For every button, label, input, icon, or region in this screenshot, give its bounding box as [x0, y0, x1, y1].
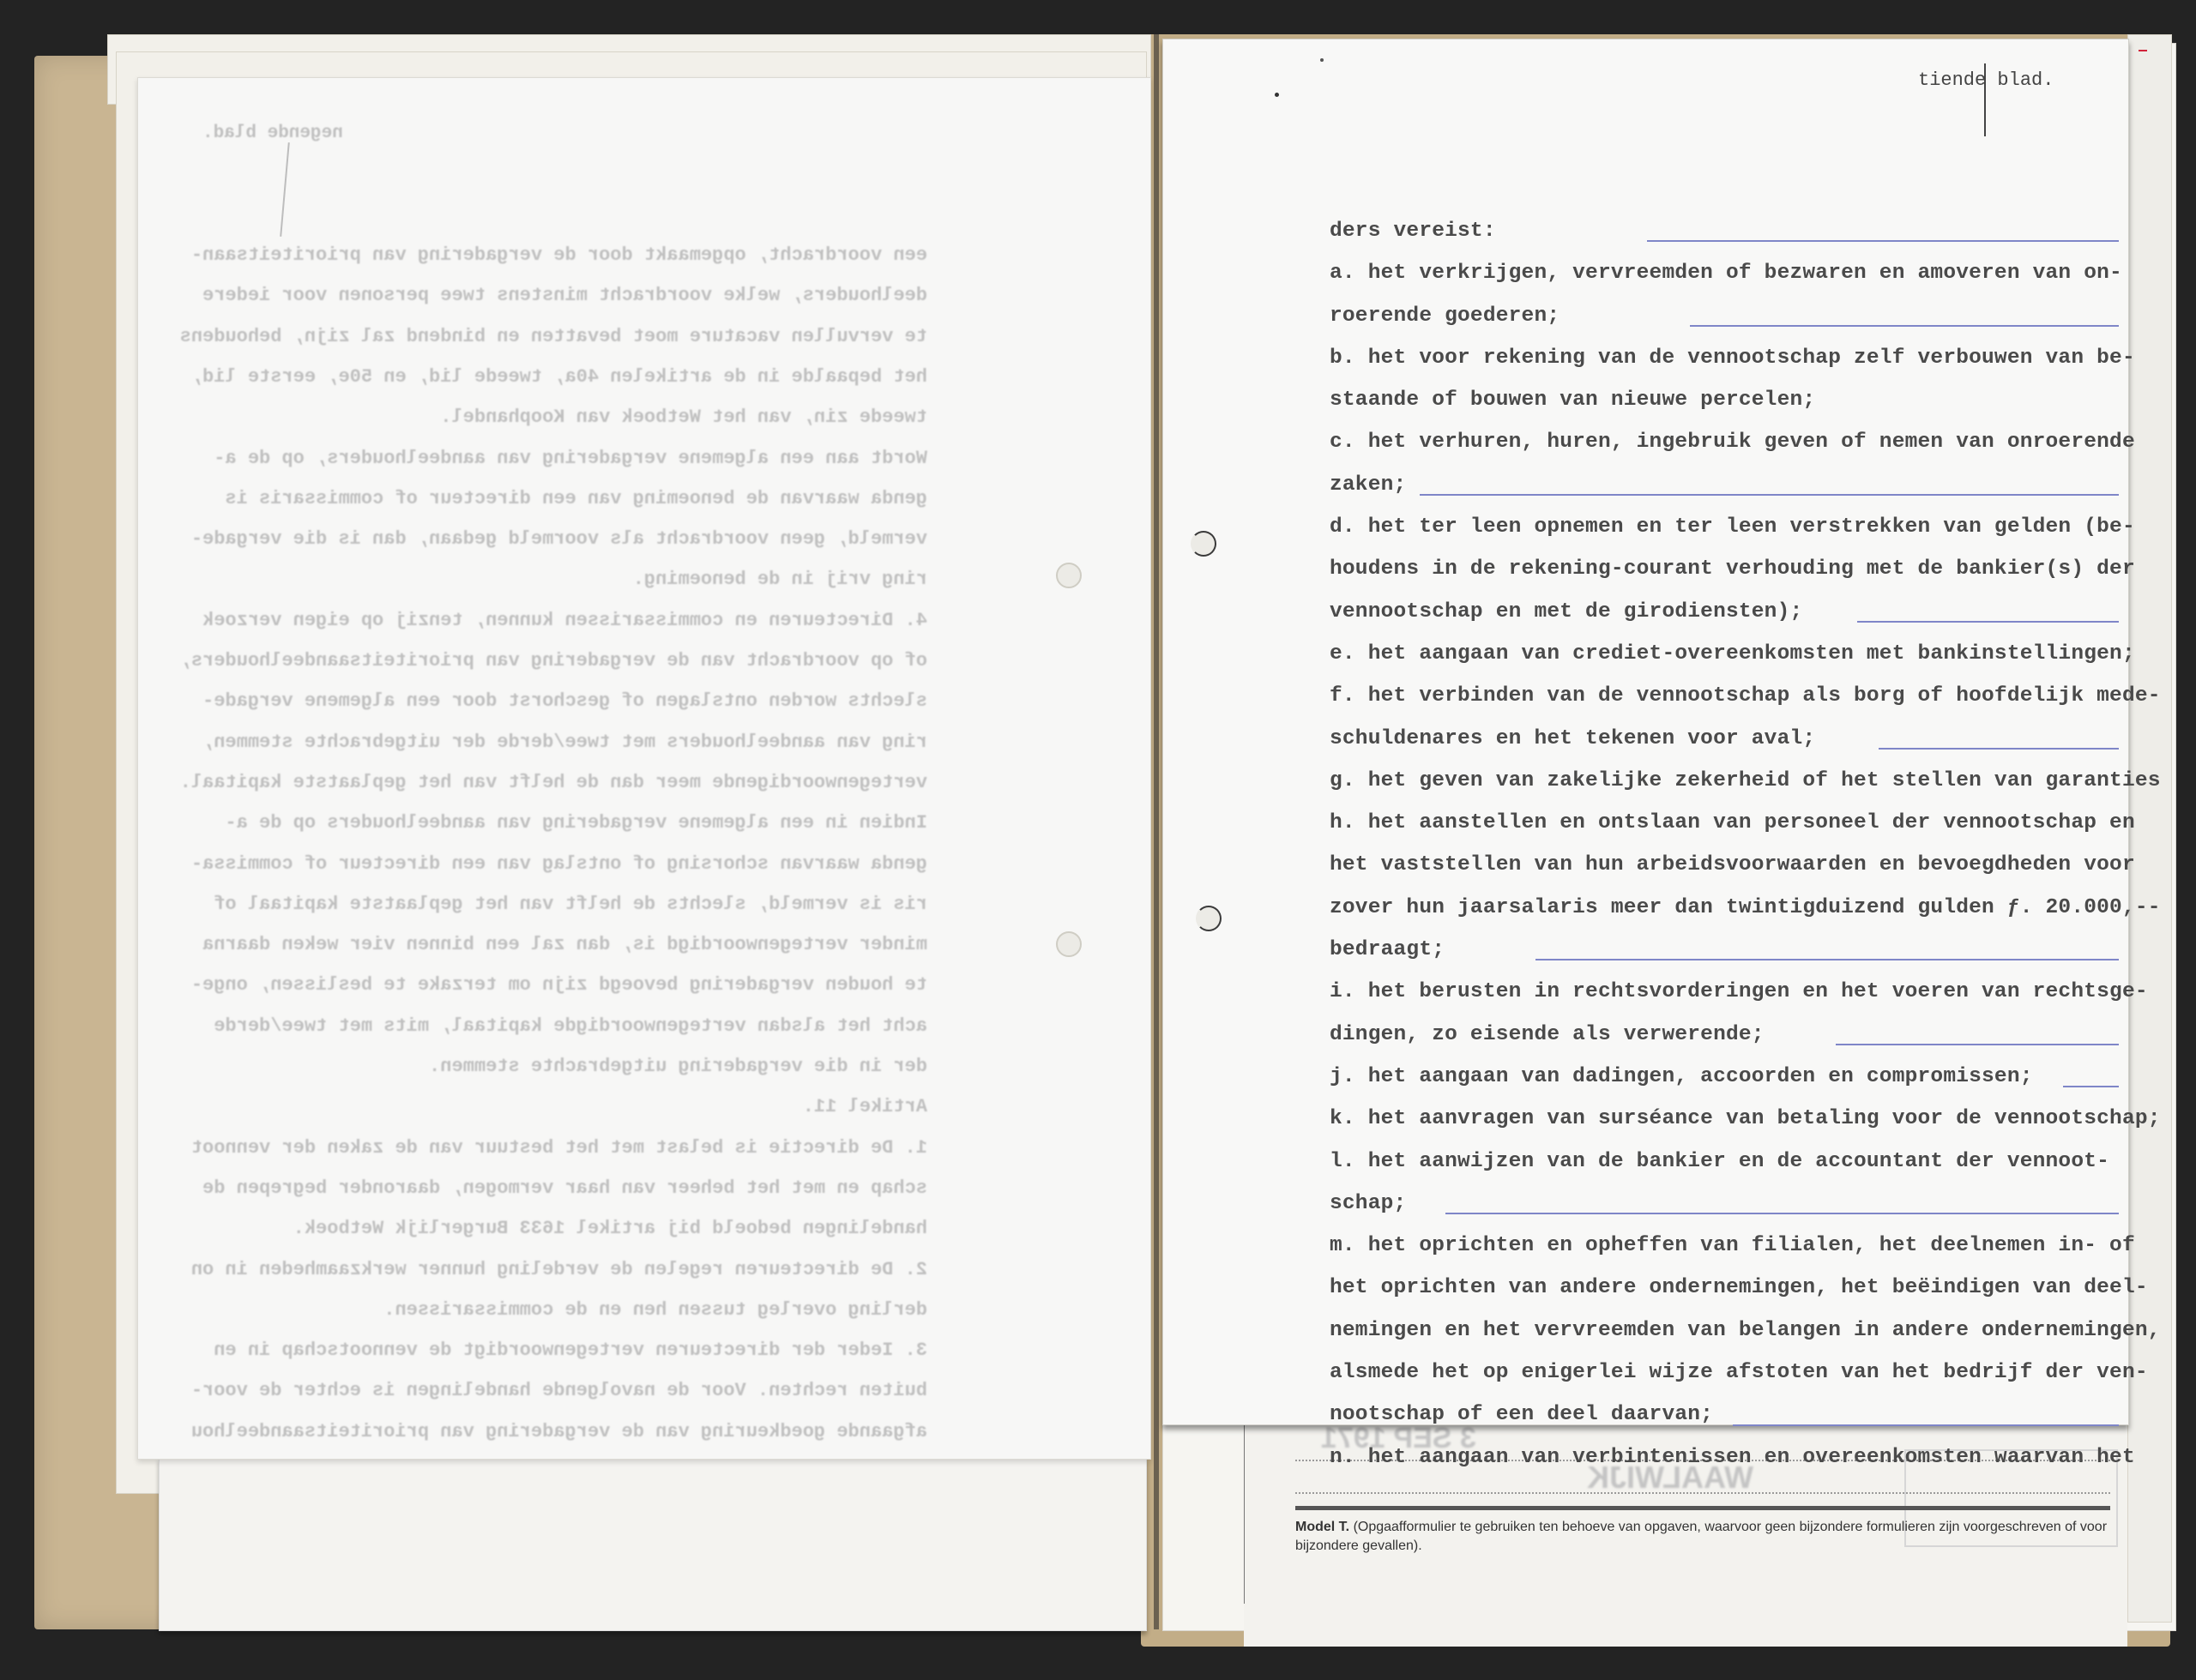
typed-line-text: dingen, zo eisende als verwerende;: [1330, 1023, 1765, 1046]
bleed-through-line: genda waarvan schorsing of ontslag van e…: [138, 843, 927, 886]
typed-line: k. het aanvragen van surséance van betal…: [1330, 1098, 2119, 1140]
typed-line-text: nemingen en het vervreemden van belangen…: [1330, 1319, 2161, 1342]
ink-dot: [1275, 93, 1279, 97]
binder-spine: [1154, 34, 1159, 1629]
typed-line-text: f. het verbinden van de vennootschap als…: [1330, 684, 2161, 708]
ink-dot: [1320, 58, 1324, 62]
bleed-through-line: genda waarvan de benoeming van een direc…: [138, 478, 927, 521]
page-label: tiende blad.: [1918, 69, 2054, 91]
red-tab-mark: [2139, 50, 2147, 51]
bleed-through-line: schap en met het beheer van haar vermoge…: [138, 1167, 927, 1210]
typed-line: schuldenares en het tekenen voor aval;: [1330, 718, 2119, 760]
typed-line: schap;: [1330, 1183, 2119, 1225]
typed-line-text: i. het berusten in rechtsvorderingen en …: [1330, 980, 2148, 1003]
bleed-through-line: acht het alsdan vertegenwoordigde kapita…: [138, 1005, 927, 1048]
punch-hole-bottom: [1056, 931, 1082, 957]
form-rule: [1295, 1506, 2110, 1510]
typed-line: a. het verkrijgen, vervreemden of bezwar…: [1330, 252, 2119, 294]
typed-line: f. het verbinden van de vennootschap als…: [1330, 675, 2119, 717]
bleed-through-line: buiten rechten. Voor de navolgende hande…: [138, 1370, 927, 1412]
pen-underline: [1733, 1424, 2119, 1426]
typed-line-text: nootschap of een deel daarvan;: [1330, 1403, 1713, 1426]
typed-line-text: h. het aanstellen en ontslaan van person…: [1330, 811, 2135, 834]
model-t-caption: Model T. (Opgaafformulier te gebruiken t…: [1295, 1518, 2119, 1556]
typed-line: g. het geven van zakelijke zekerheid of …: [1330, 760, 2119, 802]
typed-line-text: schap;: [1330, 1192, 1406, 1215]
typed-line: houdens in de rekening-courant verhoudin…: [1330, 548, 2119, 590]
typed-line-text: ders vereist:: [1330, 220, 1496, 243]
underlying-sheet-left: [159, 1458, 1147, 1631]
bleed-through-line: Indien in een algemene vergadering van a…: [138, 802, 927, 845]
pen-stroke: [280, 142, 290, 237]
typed-line: e. het aangaan van crediet-overeenkomste…: [1330, 633, 2119, 675]
pen-underline: [1445, 1213, 2119, 1214]
bleed-through-line: te houden vergadering bevoegd zijn om te…: [138, 964, 927, 1007]
typed-line: staande of bouwen van nieuwe percelen;: [1330, 379, 2119, 421]
typed-article-text: ders vereist:a. het verkrijgen, vervreem…: [1330, 210, 2119, 1478]
bleed-through-line: der in die vergadering uitgebrachte stem…: [138, 1045, 927, 1088]
bleed-through-line: slechts worden ontslagen of geschorst do…: [138, 680, 927, 723]
typed-line: d. het ter leen opnemen en ter leen vers…: [1330, 506, 2119, 548]
bleed-through-line: tweede zin, van het Wetboek van Koophand…: [138, 396, 927, 439]
typed-line-text: het vaststellen van hun arbeidsvoorwaard…: [1330, 853, 2135, 876]
typed-line: zaken;: [1330, 464, 2119, 506]
bleed-through-line: 2. De directeuren regelen de verdeling h…: [138, 1249, 927, 1292]
model-description: (Opgaafformulier te gebruiken ten behoev…: [1295, 1520, 2107, 1553]
bleed-through-line: vertegenwoordigende meer dan de helft va…: [138, 762, 927, 804]
bleed-through-line: 4. Directeuren en commissarissen kunnen,…: [138, 599, 927, 642]
typed-line-text: houdens in de rekening-courant verhoudin…: [1330, 557, 2135, 581]
typed-line: roerende goederen;: [1330, 295, 2119, 337]
typed-line-text: e. het aangaan van crediet-overeenkomste…: [1330, 642, 2135, 665]
typed-line-text: g. het geven van zakelijke zekerheid of …: [1330, 769, 2161, 792]
typed-line-text: schuldenares en het tekenen voor aval;: [1330, 727, 1815, 750]
typed-line-text: k. het aanvragen van surséance van betal…: [1330, 1107, 2161, 1130]
bleed-through-line: afgaande goedkeuring van de vergadering …: [138, 1411, 927, 1454]
pen-underline: [1836, 1044, 2119, 1045]
bleed-through-line: het bepaalde in de artikelen 40a, tweede…: [138, 356, 927, 399]
model-label: Model T.: [1295, 1520, 1349, 1534]
typed-line: c. het verhuren, huren, ingebruik geven …: [1330, 421, 2119, 463]
bleed-through-line: Wordt aan een algemene vergadering van a…: [138, 437, 927, 480]
bleed-through-line: handelingen bedoeld bij artikel 1633 Bur…: [138, 1207, 927, 1250]
bleed-through-line: 3. Ieder der directeuren vertegenwoordig…: [138, 1329, 927, 1372]
bleed-through-line: Artikel 11.: [138, 1086, 927, 1129]
typed-line-text: staande of bouwen van nieuwe percelen;: [1330, 388, 1815, 412]
typed-line-text: d. het ter leen opnemen en ter leen vers…: [1330, 515, 2135, 539]
bleed-through-line: 1. De directie is belast met het bestuur…: [138, 1127, 927, 1170]
bleed-through-line: een voordracht, opgemaakt door de vergad…: [138, 234, 927, 277]
bleed-through-line: ring van aandeelhouders met twee/derde d…: [138, 721, 927, 764]
typed-line-text: m. het oprichten en opheffen van filiale…: [1330, 1234, 2135, 1257]
typed-line-text: j. het aangaan van dadingen, accoorden e…: [1330, 1065, 2033, 1088]
form-margin-line: [1244, 1424, 1245, 1604]
left-page-ninth-sheet: negende blad. een voordracht, opgemaakt …: [137, 77, 1151, 1460]
pen-underline: [2063, 1086, 2119, 1087]
typed-line: vennootschap en met de girodiensten);: [1330, 591, 2119, 633]
typed-line-text: n. het aangaan van verbintenissen en ove…: [1330, 1446, 2135, 1469]
typed-line-text: a. het verkrijgen, vervreemden of bezwar…: [1330, 262, 2122, 285]
typed-line: m. het oprichten en opheffen van filiale…: [1330, 1225, 2119, 1267]
pen-underline: [1420, 494, 2119, 496]
page-label-mirrored: negende blad.: [202, 112, 343, 155]
typed-line: bedraagt;: [1330, 929, 2119, 971]
typed-line-text: l. het aanwijzen van de bankier en de ac…: [1330, 1150, 2109, 1173]
bleed-through-line: deelhouders, welke voordracht minstens t…: [138, 274, 927, 317]
bleed-through-line: ring vrij in de benoeming.: [138, 558, 927, 601]
typed-line: b. het voor rekening van de vennootschap…: [1330, 337, 2119, 379]
bleed-through-line: of op voordracht van de vergadering van …: [138, 640, 927, 683]
typed-line-text: roerende goederen;: [1330, 304, 1560, 328]
typed-line-text: bedraagt;: [1330, 938, 1445, 961]
typed-line: h. het aanstellen en ontslaan van person…: [1330, 802, 2119, 844]
punch-hole-bottom-right: [1196, 906, 1222, 931]
bleed-through-line: te vervullen vacature moet bevatten en b…: [138, 316, 927, 358]
typed-line: alsmede het op enigerlei wijze afstoten …: [1330, 1352, 2119, 1394]
typed-line: nemingen en het vervreemden van belangen…: [1330, 1310, 2119, 1352]
typed-line-text: zover hun jaarsalaris meer dan twintigdu…: [1330, 896, 2161, 919]
pen-underline: [1857, 621, 2119, 623]
typed-line-text: alsmede het op enigerlei wijze afstoten …: [1330, 1361, 2148, 1384]
typed-line: n. het aangaan van verbintenissen en ove…: [1330, 1436, 2119, 1478]
typed-line: ders vereist:: [1330, 210, 2119, 252]
punch-hole-top: [1056, 563, 1082, 588]
typed-line-text: b. het voor rekening van de vennootschap…: [1330, 346, 2135, 370]
dotted-line-2: [1295, 1492, 2110, 1494]
typed-line: l. het aanwijzen van de bankier en de ac…: [1330, 1141, 2119, 1183]
typed-line: j. het aangaan van dadingen, accoorden e…: [1330, 1056, 2119, 1098]
typed-line: zover hun jaarsalaris meer dan twintigdu…: [1330, 887, 2119, 929]
typed-line: het vaststellen van hun arbeidsvoorwaard…: [1330, 844, 2119, 886]
typed-line: het oprichten van andere ondernemingen, …: [1330, 1267, 2119, 1309]
bleed-through-line: vermeld, geen voordracht als voormeld ge…: [138, 518, 927, 561]
pen-underline: [1690, 325, 2119, 327]
typed-line-text: vennootschap en met de girodiensten);: [1330, 600, 1802, 623]
pen-stroke-page-label: [1984, 63, 1986, 136]
bleed-through-line: derling overleg tussen hen en de commiss…: [138, 1289, 927, 1332]
typed-line: nootschap of een deel daarvan;: [1330, 1394, 2119, 1436]
typed-line: i. het berusten in rechtsvorderingen en …: [1330, 971, 2119, 1013]
typed-line: dingen, zo eisende als verwerende;: [1330, 1014, 2119, 1056]
pen-underline: [1879, 748, 2119, 750]
bleed-through-line: minder vertegenwoordigd is, dan zal een …: [138, 924, 927, 966]
bleed-through-line: ris is vermeld, slechts de helft van het…: [138, 883, 927, 926]
typed-line-text: het oprichten van andere ondernemingen, …: [1330, 1276, 2148, 1299]
pen-underline: [1535, 959, 2119, 960]
punch-hole-top-right: [1191, 531, 1216, 557]
typed-line-text: c. het verhuren, huren, ingebruik geven …: [1330, 431, 2135, 454]
pen-underline: [1647, 240, 2119, 242]
typed-line-text: zaken;: [1330, 473, 1406, 497]
